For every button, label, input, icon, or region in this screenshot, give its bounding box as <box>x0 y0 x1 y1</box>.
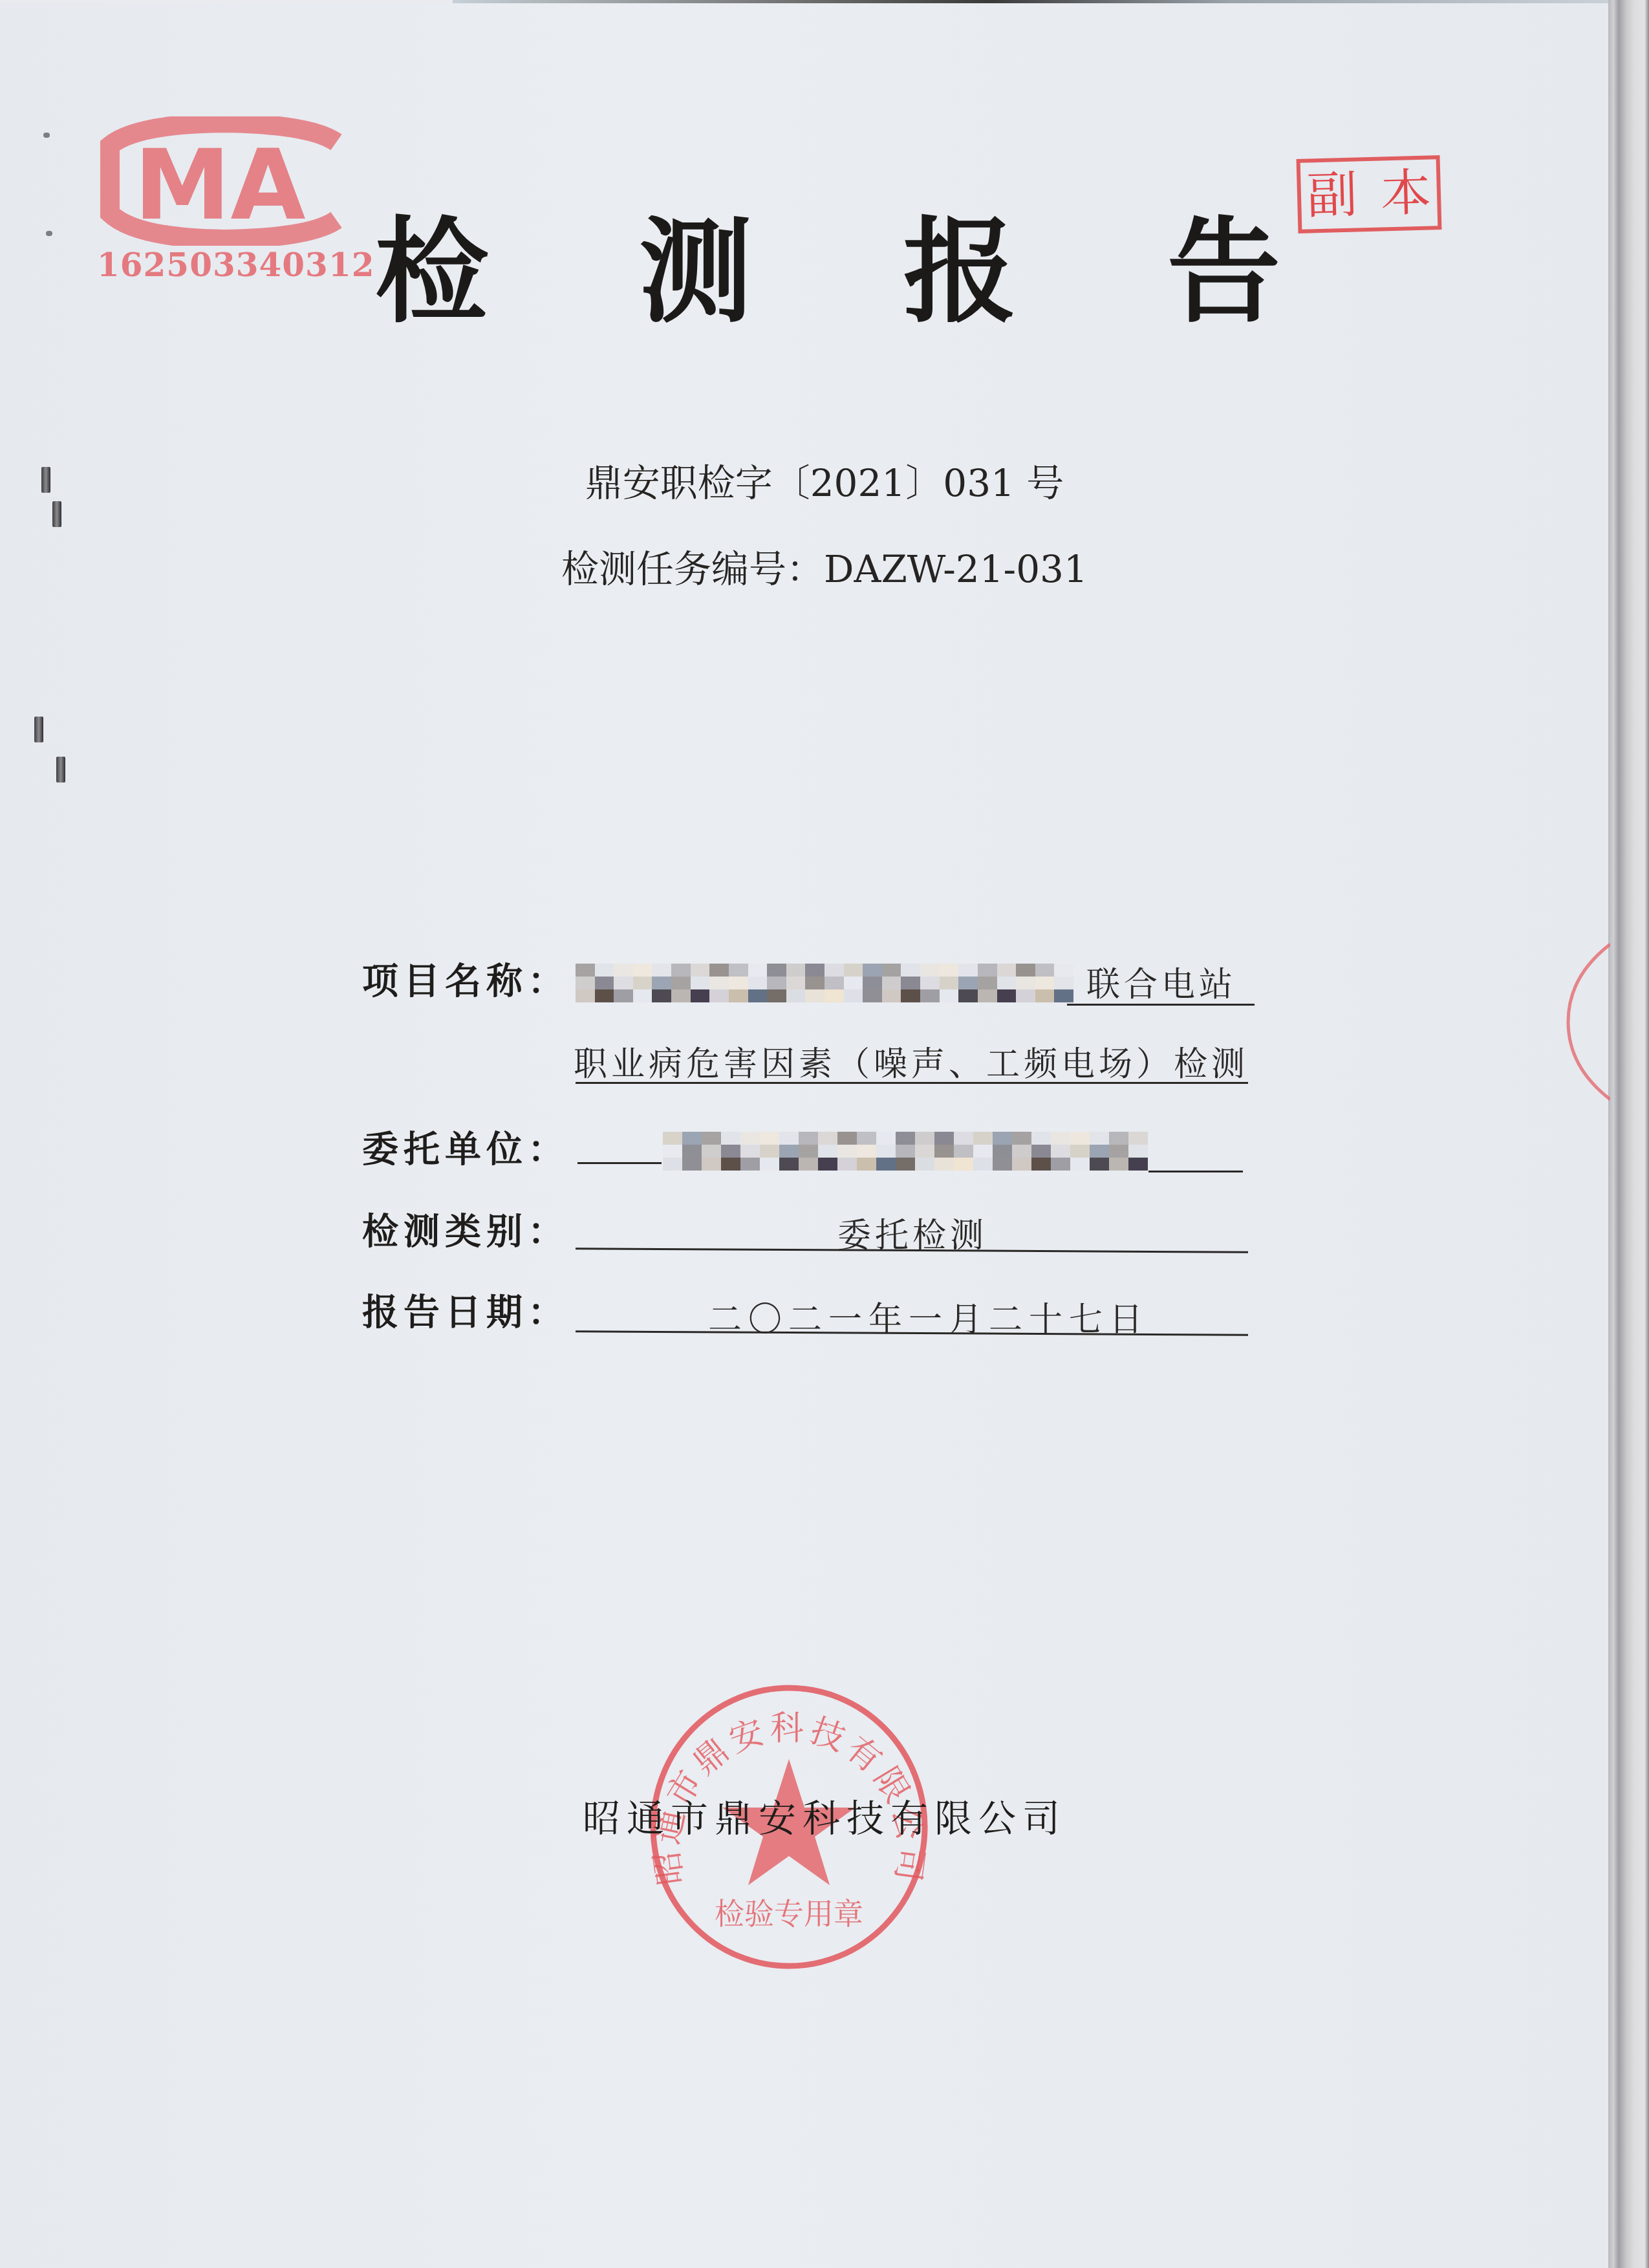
title-char: 检 <box>375 215 488 329</box>
title-char: 告 <box>1167 215 1280 329</box>
underline <box>577 1162 662 1164</box>
client-label: 委托单位： <box>362 1121 569 1172</box>
report-title: 检 测 报 告 <box>375 194 1280 349</box>
cma-c-shape-icon: MA <box>97 116 349 246</box>
underline <box>1067 1004 1255 1006</box>
project-name-line1: 联合电站 <box>1086 968 1236 1002</box>
report-date-label: 报告日期： <box>362 1284 569 1335</box>
copy-stamp-text: 副本 <box>1306 167 1455 221</box>
staple-mark <box>56 757 65 783</box>
stacked-pages-edge <box>1608 0 1649 2268</box>
task-number: DAZW-21-031 <box>824 547 1088 591</box>
binding-hole <box>46 231 52 236</box>
cma-certificate-number: 162503340312 <box>97 246 349 284</box>
underline <box>576 1082 1248 1084</box>
test-category-value: 委托检测 <box>837 1219 987 1253</box>
copy-stamp: 副本 <box>1297 155 1442 233</box>
task-number-line: 检测任务编号：DAZW-21-031 <box>0 539 1649 593</box>
scan-top-edge <box>453 0 1649 3</box>
test-category-label: 检测类别： <box>362 1203 569 1255</box>
title-char: 测 <box>639 215 752 329</box>
partial-seal-on-edge <box>1565 938 1610 1106</box>
svg-text:检验专用章: 检验专用章 <box>715 1896 863 1931</box>
task-number-label: 检测任务编号： <box>561 547 824 591</box>
project-name-line2: 职业病危害因素（噪声、工频电场）检测 <box>574 1048 1249 1081</box>
binding-hole <box>43 133 50 138</box>
cma-logo: MA 162503340312 <box>97 116 349 285</box>
title-char: 报 <box>903 215 1017 329</box>
staple-mark <box>34 717 43 742</box>
report-number: 鼎安职检字〔2021〕031 号 <box>0 453 1649 507</box>
redacted-project-name <box>576 964 1073 1002</box>
svg-text:MA: MA <box>134 129 305 242</box>
redacted-client-name <box>663 1132 1148 1171</box>
project-name-label: 项目名称： <box>362 953 569 1004</box>
issuing-company: 昭通市鼎安科技有限公司 <box>0 1788 1649 1842</box>
underline <box>1148 1171 1243 1172</box>
